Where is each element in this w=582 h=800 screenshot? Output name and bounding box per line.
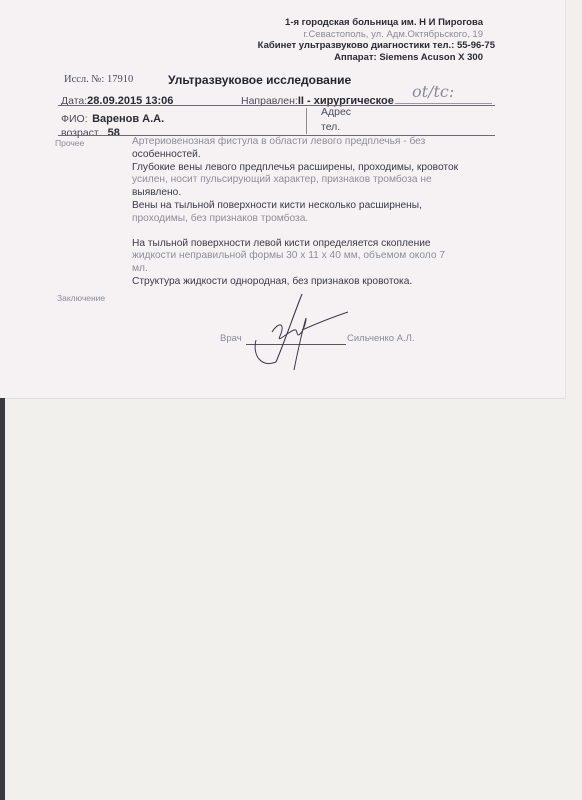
findings-line: Артериовенозная фистула в области левого… xyxy=(132,136,462,149)
hospital-name: 1-я городская больница им. Н И Пирогова xyxy=(258,17,483,29)
address-label: Адрес xyxy=(321,106,351,118)
handwritten-note: ot/tc: xyxy=(412,82,454,101)
findings-line: Структура жидкости однородная, без призн… xyxy=(132,276,462,289)
hospital-address: г.Севастополь, ул. Адм.Октябрьского, 19 xyxy=(258,29,483,41)
findings-label: Прочее xyxy=(55,138,84,148)
conclusion-label: Заключение xyxy=(57,293,105,303)
patient-divider xyxy=(306,108,307,134)
phone-label: тел. xyxy=(321,121,340,133)
findings-line: жидкости неправильной формы 30 х 11 х 40… xyxy=(132,250,462,276)
findings-line: особенностей. xyxy=(132,149,462,162)
note-underline xyxy=(395,103,492,104)
exam-date: Дата:28.09.2015 13:06 xyxy=(61,91,173,109)
findings-line: проходимы, без признаков тромбоза. xyxy=(132,213,462,226)
paragraph-gap xyxy=(132,226,462,238)
doctor-label: Врач xyxy=(220,333,242,344)
doctor-name: Сильченко А.Л. xyxy=(347,333,415,344)
findings-line: усилен, носит пульсирующий характер, при… xyxy=(132,174,462,187)
findings-line: Глубокие вены левого предплечья расширен… xyxy=(132,162,462,175)
scan-edge xyxy=(0,398,5,800)
signature-icon xyxy=(240,292,360,372)
clinic-header: 1-я городская больница им. Н И Пирогова … xyxy=(258,17,483,63)
referred-from: Направлен:II - хирургическое xyxy=(241,91,394,109)
device-line: Аппарат: Siemens Acuson X 300 xyxy=(258,52,483,64)
document-page: 1-я городская больница им. Н И Пирогова … xyxy=(0,0,566,398)
divider-top xyxy=(58,105,495,106)
document-title: Ультразвуковое исследование xyxy=(168,73,351,87)
findings-line: Вены на тыльной поверхности кисти нескол… xyxy=(132,200,462,213)
findings-line: На тыльной поверхности левой кисти опред… xyxy=(132,238,462,251)
findings-line: выявлено. xyxy=(132,187,462,200)
department-line: Кабинет ультразвуково диагностики тел.: … xyxy=(258,40,495,52)
exam-number: Иссл. №: 17910 xyxy=(64,74,133,85)
findings-text: Артериовенозная фистула в области левого… xyxy=(132,136,462,289)
